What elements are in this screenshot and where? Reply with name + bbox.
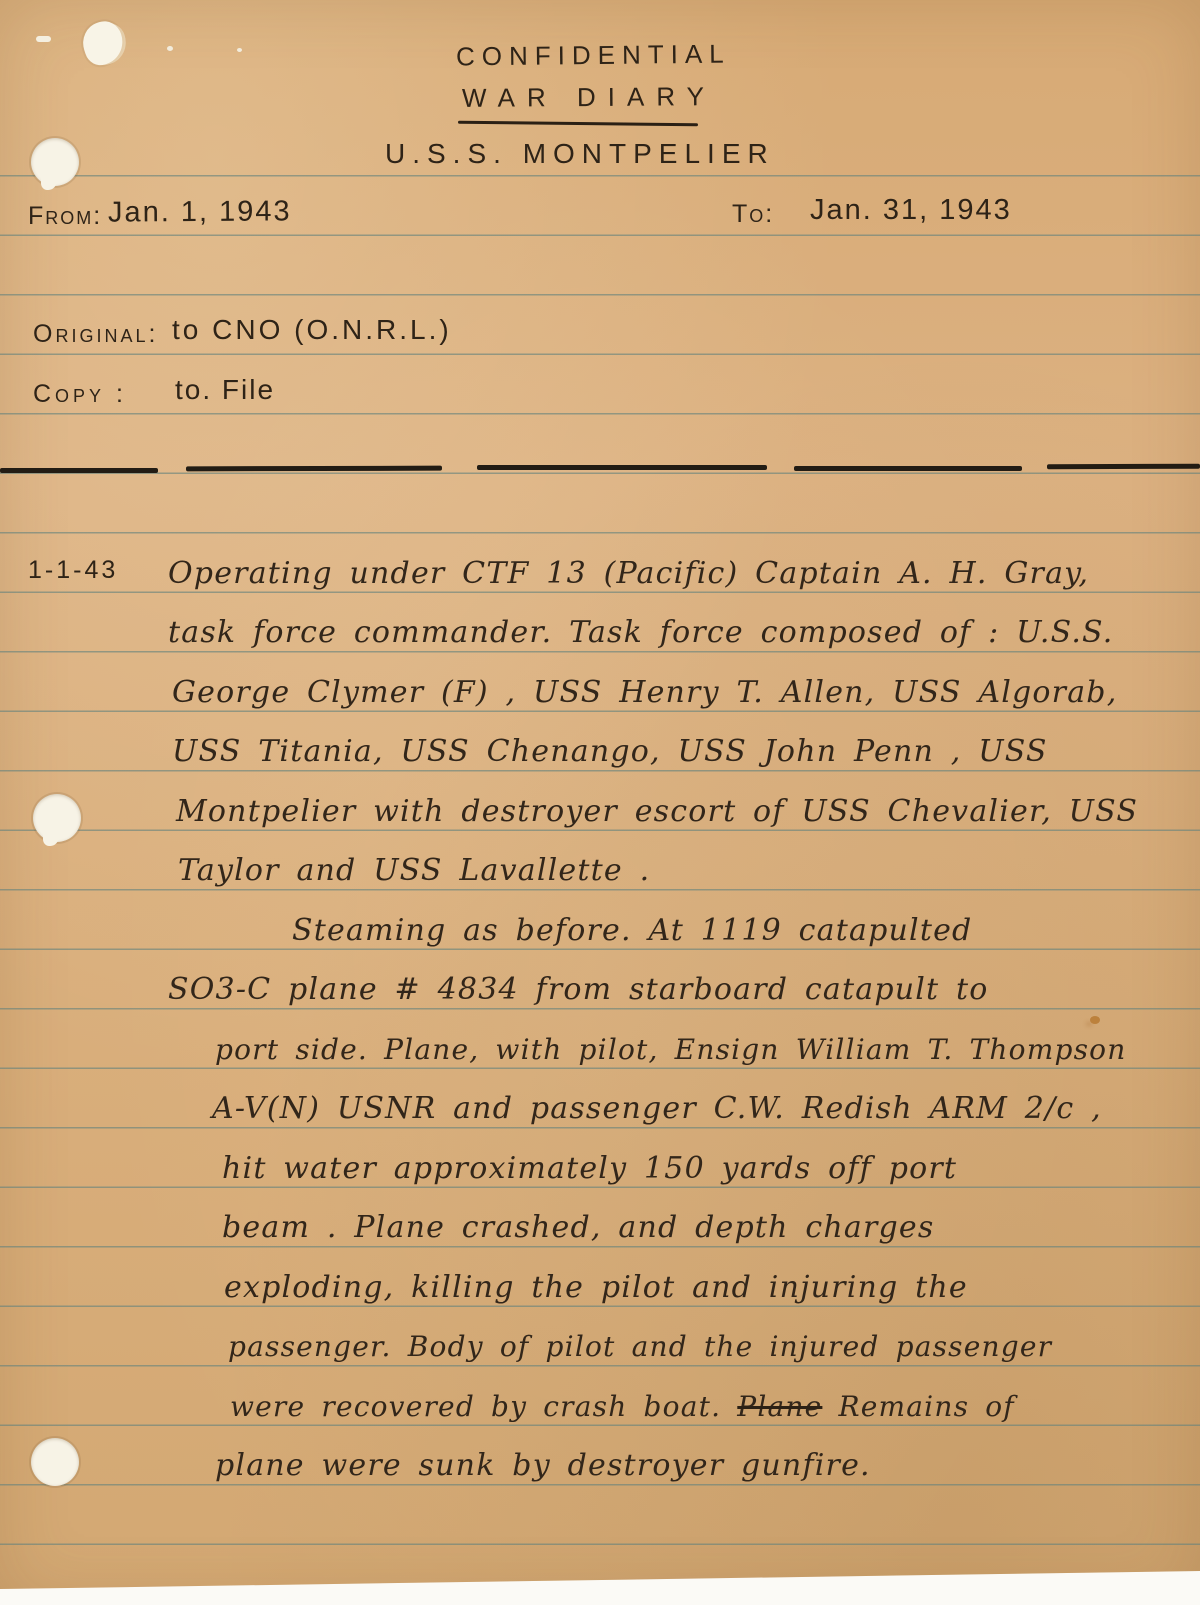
from-value: Jan. 1, 1943 (108, 195, 292, 229)
diary-line: plane were sunk by destroyer gunfire. (215, 1444, 871, 1488)
war-diary-heading: WAR DIARY (462, 81, 716, 114)
diary-line: Steaming as before. At 1119 catapulted (292, 909, 972, 953)
entry-date: 1-1-43 (28, 556, 118, 585)
diary-line: SO3-C plane # 4834 from starboard catapu… (168, 968, 989, 1012)
paper-speck (167, 46, 173, 51)
diary-line: exploding, killing the pilot and injurin… (224, 1266, 968, 1310)
copy-label: Copy : (33, 380, 127, 409)
copy-value: to. File (175, 374, 275, 406)
struck-word: Plane (737, 1390, 822, 1423)
paper-tear-dash (36, 36, 51, 42)
diary-line: task force commander. Task force compose… (168, 611, 1113, 655)
diary-line: were recovered by crash boat. Plane Rema… (230, 1385, 1015, 1429)
diary-line: beam . Plane crashed, and depth charges (222, 1206, 934, 1250)
original-label: Original: (33, 320, 158, 349)
paper-tear-spot (77, 17, 128, 69)
scanner-background: CONFIDENTIAL WAR DIARY U.S.S. MONTPELIER… (0, 0, 1200, 1605)
diary-line: passenger. Body of pilot and the injured… (228, 1325, 1052, 1369)
line-pre-text: were recovered by crash boat. (230, 1390, 737, 1423)
original-value: to CNO (O.N.R.L.) (172, 314, 452, 346)
to-label: To: (732, 200, 774, 229)
diary-line: Montpelier with destroyer escort of USS … (176, 790, 1138, 834)
war-diary-underline (458, 121, 698, 126)
from-label: From: (28, 202, 102, 231)
divider-segment (1047, 464, 1200, 469)
divider-segment (186, 466, 442, 471)
classification-heading: CONFIDENTIAL (456, 39, 731, 73)
diary-page: CONFIDENTIAL WAR DIARY U.S.S. MONTPELIER… (0, 0, 1200, 1605)
divider-segment (477, 465, 767, 470)
to-value: Jan. 31, 1943 (810, 194, 1012, 227)
diary-line: hit water approximately 150 yards off po… (222, 1147, 957, 1191)
punch-hole-bottom (31, 1438, 79, 1486)
divider-segment (0, 468, 158, 473)
diary-line: Operating under CTF 13 (Pacific) Captain… (168, 552, 1089, 596)
diary-line: port side. Plane, with pilot, Ensign Wil… (215, 1028, 1126, 1072)
ship-name-heading: U.S.S. MONTPELIER (385, 138, 775, 170)
punch-hole-top (31, 138, 79, 186)
stain-spot (1090, 1016, 1100, 1024)
diary-line: USS Titania, USS Chenango, USS John Penn… (172, 730, 1048, 774)
paper-speck (237, 48, 242, 52)
divider-segment (794, 466, 1022, 471)
diary-line: George Clymer (F) , USS Henry T. Allen, … (172, 671, 1117, 715)
diary-line: Taylor and USS Lavallette . (178, 849, 650, 893)
punch-hole-middle (33, 794, 81, 842)
line-post-text: Remains of (822, 1390, 1014, 1423)
diary-line: A-V(N) USNR and passenger C.W. Redish AR… (212, 1087, 1102, 1131)
